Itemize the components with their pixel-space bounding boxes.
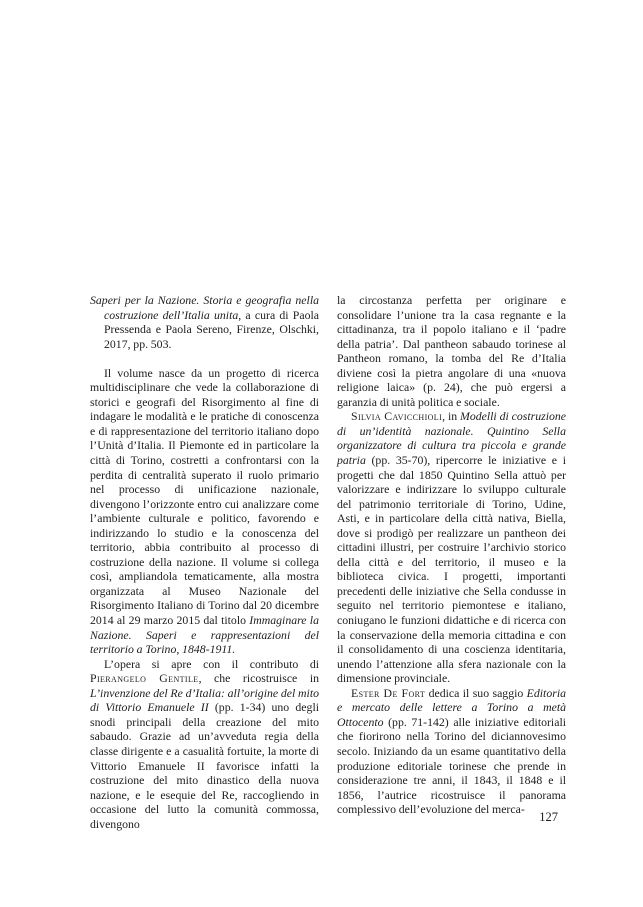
- text-run: , che ricostruisce in: [199, 671, 319, 685]
- text-run: la circostanza perfetta per originare e …: [337, 293, 566, 409]
- text-run: Ester De Fort: [351, 686, 425, 700]
- text-run: Silvia Cavicchioli: [351, 409, 442, 423]
- text-run: (pp. 71-142) alle iniziative editoriali …: [337, 715, 566, 816]
- paragraph-volume-overview: Il volume nasce da un progetto di ricerc…: [90, 366, 319, 657]
- left-column: Saperi per la Nazione. Storia e geografi…: [90, 293, 319, 831]
- text-run: Pierangelo Gentile: [90, 671, 199, 685]
- text-run: Il volume nasce da un progetto di ricerc…: [90, 366, 319, 627]
- text-run: , in: [442, 409, 460, 423]
- paragraph-defort-essay: Ester De Fort dedica il suo saggio Edito…: [337, 686, 566, 817]
- text-run: (pp. 35-70), ripercorre le iniziative e …: [337, 453, 566, 685]
- page-number: 127: [539, 810, 558, 825]
- bibliographic-reference: Saperi per la Nazione. Storia e geografi…: [90, 293, 319, 351]
- paragraph-gentile-essay: L’opera si apre con il contributo di Pie…: [90, 657, 319, 832]
- right-column: la circostanza perfetta per originare e …: [337, 293, 566, 831]
- paragraph-gentile-continuation: la circostanza perfetta per originare e …: [337, 293, 566, 409]
- text-block: Saperi per la Nazione. Storia e geografi…: [90, 293, 566, 831]
- text-run: dedica il suo saggio: [425, 686, 526, 700]
- text-run: L’opera si apre con il contributo di: [104, 657, 319, 671]
- book-page: Saperi per la Nazione. Storia e geografi…: [0, 0, 643, 907]
- paragraph-cavicchioli-essay: Silvia Cavicchioli, in Modelli di costru…: [337, 409, 566, 685]
- text-run: (pp. 1-34) uno degli snodi principali de…: [90, 700, 319, 830]
